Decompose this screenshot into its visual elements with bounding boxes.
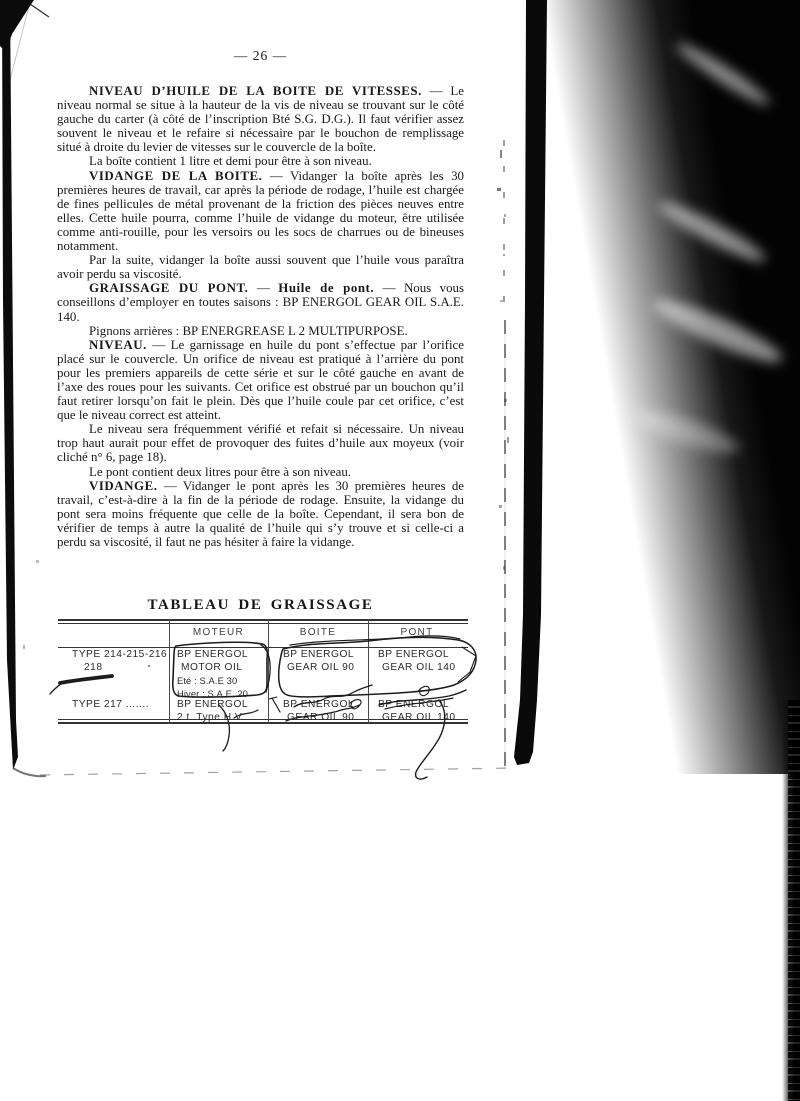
oil-name: BP ENERGOL: [177, 648, 248, 661]
heading-dash: —: [158, 479, 183, 493]
heading-dash: —: [248, 281, 278, 295]
scan-speck: [499, 505, 502, 508]
row1-type-cell: TYPE 214-215-216 218: [72, 648, 167, 674]
paragraph-text: La boîte contient 1 litre et demi pour ê…: [89, 154, 372, 168]
oil-name: BP ENERGOL: [283, 698, 354, 711]
page-bottom-dashed-edge: [40, 768, 516, 775]
paragraph-pignons-arrieres: Pignons arrières : BP ENERGREASE L 2 MUL…: [57, 324, 464, 338]
paragraph-text: Le pont contient deux litres pour être à…: [89, 465, 351, 479]
paragraph-capacite-boite: La boîte contient 1 litre et demi pour ê…: [57, 154, 464, 168]
lubrication-table: MOTEUR BOITE PONT TYPE 214-215-216 218 B…: [58, 619, 468, 727]
section-heading: GRAISSAGE DU PONT.: [89, 281, 248, 295]
oil-name: MOTOR OIL: [177, 661, 248, 674]
scan-speck: [23, 645, 25, 649]
paragraph-text: Par la suite, vidanger la boîte aussi so…: [57, 253, 464, 281]
table-title: TABLEAU DE GRAISSAGE: [57, 597, 464, 614]
paragraph-vidange-pont: VIDANGE. — Vidanger le pont après les 30…: [57, 479, 464, 549]
paragraph-vidange-boite: VIDANGE DE LA BOITE. — Vidanger la boîte…: [57, 169, 464, 254]
heading-dash: —: [374, 281, 404, 295]
paragraph-text: Le niveau sera fréquemment vérifié et re…: [57, 422, 464, 464]
oil-name: GEAR OIL 140: [378, 711, 456, 724]
oil-grade-summer: Eté : S.A.E 30: [177, 674, 248, 687]
type-label: TYPE 214-215-216: [72, 648, 167, 661]
paragraph-capacite-pont: Le pont contient deux litres pour être à…: [57, 465, 464, 479]
heading-dash: —: [147, 338, 171, 352]
section-heading: NIVEAU.: [89, 338, 147, 352]
row1-moteur-cell: BP ENERGOL MOTOR OIL Eté : S.A.E 30 Hive…: [177, 648, 248, 700]
paragraph-niveau-pont: NIVEAU. — Le garnissage en huile du pont…: [57, 338, 464, 423]
row1-pont-cell: BP ENERGOL GEAR OIL 140: [378, 648, 456, 674]
scan-speck: [504, 399, 507, 402]
column-header-boite: BOITE: [268, 627, 368, 639]
oil-name: BP ENERGOL: [378, 698, 456, 711]
oil-name: BP ENERGOL: [177, 698, 248, 711]
paragraph-graissage-pont: GRAISSAGE DU PONT. — Huile de pont. — No…: [57, 281, 464, 323]
scan-speck: [497, 188, 501, 191]
page-body: NIVEAU D’HUILE DE LA BOITE DE VITESSES. …: [57, 84, 464, 549]
paragraph-niveau-huile-boite: NIVEAU D’HUILE DE LA BOITE DE VITESSES. …: [57, 84, 464, 154]
page-number: — 26 —: [57, 48, 464, 64]
oil-name: 2 t. Type H.V.: [177, 711, 248, 724]
row1-boite-cell: BP ENERGOL GEAR OIL 90: [283, 648, 354, 674]
section-heading: VIDANGE.: [89, 479, 158, 493]
oil-name: GEAR OIL 90: [283, 661, 354, 674]
type-label: 218: [72, 661, 167, 674]
corner-scratch-line: [30, 4, 49, 17]
oil-name: GEAR OIL 140: [378, 661, 456, 674]
paragraph-vidange-suite: Par la suite, vidanger la boîte aussi so…: [57, 253, 464, 281]
scan-speck: [36, 560, 39, 563]
type-label: TYPE 217 .......: [72, 698, 149, 711]
scan-speck: [503, 566, 505, 570]
book-gutter-shadow-bar: [514, 0, 547, 765]
oil-name: GEAR OIL 90: [283, 711, 354, 724]
row2-boite-cell: BP ENERGOL GEAR OIL 90: [283, 698, 354, 724]
column-header-moteur: MOTEUR: [169, 627, 268, 639]
column-header-pont: PONT: [368, 627, 466, 639]
section-heading: VIDANGE DE LA BOITE.: [89, 169, 262, 183]
heading-dash: —: [262, 169, 290, 183]
row2-type-cell: TYPE 217 .......: [72, 698, 149, 711]
sub-heading: Huile de pont.: [278, 281, 374, 295]
oil-name: BP ENERGOL: [283, 648, 354, 661]
table-rule-top: [58, 619, 468, 621]
paragraph-niveau-verification: Le niveau sera fréquemment vérifié et re…: [57, 422, 464, 464]
row2-moteur-cell: BP ENERGOL 2 t. Type H.V.: [177, 698, 248, 724]
row2-pont-cell: BP ENERGOL GEAR OIL 140: [378, 698, 456, 724]
scan-speck: [504, 214, 506, 217]
scan-speck: [500, 150, 502, 158]
oil-name: BP ENERGOL: [378, 648, 456, 661]
scanned-book-page: { "page": { "number_display": "— 26 —" }…: [0, 0, 800, 1101]
section-heading: NIVEAU D’HUILE DE LA BOITE DE VITESSES.: [89, 84, 422, 98]
heading-dash: —: [422, 84, 451, 98]
paragraph-text: Pignons arrières : BP ENERGREASE L 2 MUL…: [89, 324, 408, 338]
scan-speck: [503, 254, 505, 256]
table-rule-top: [58, 623, 468, 624]
scan-speck: [500, 300, 503, 302]
scan-speck: [507, 437, 509, 443]
left-page-edge-bar: [2, 0, 18, 770]
